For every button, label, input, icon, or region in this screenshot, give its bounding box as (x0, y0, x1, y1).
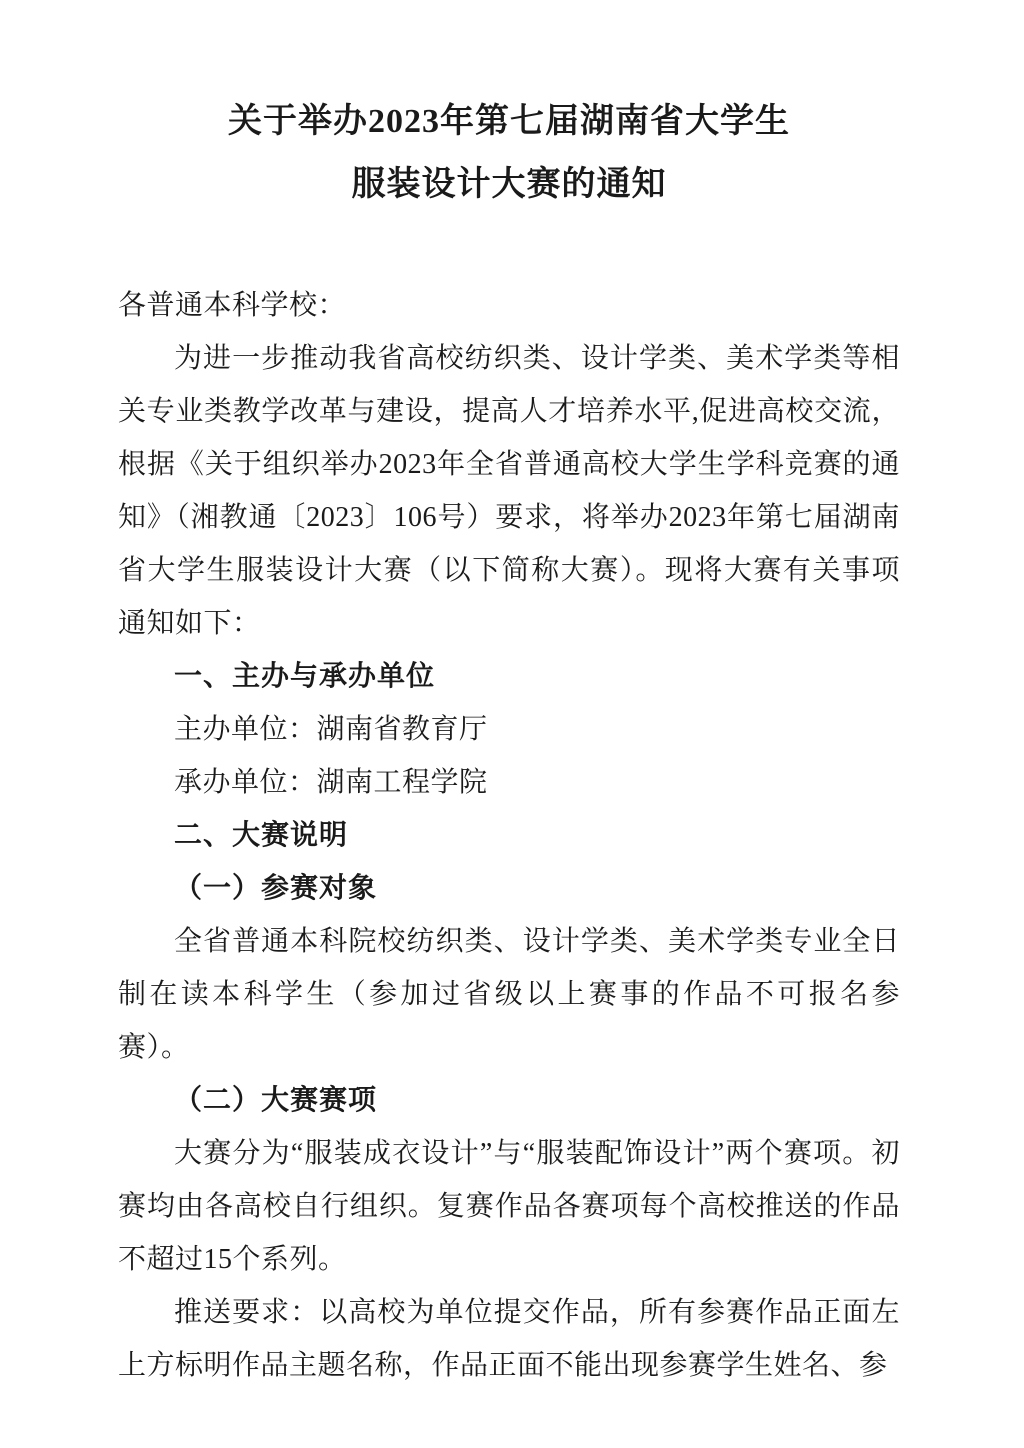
document-page: 关于举办2023年第七届湖南省大学生 服装设计大赛的通知 各普通本科学校： 为进… (0, 0, 1024, 1448)
undertaker-line: 承办单位：湖南工程学院 (118, 756, 900, 809)
salutation-line: 各普通本科学校： (118, 279, 900, 332)
document-title: 关于举办2023年第七届湖南省大学生 服装设计大赛的通知 (118, 90, 900, 216)
heading-section-1-organizers: 一、主办与承办单位 (118, 650, 900, 703)
document-body: 各普通本科学校： 为进一步推动我省高校纺织类、设计学类、美术学类等相关专业类教学… (118, 279, 900, 1392)
heading-section-2-1-eligibility: （一）参赛对象 (118, 862, 900, 915)
paragraph-submission-requirements: 推送要求：以高校为单位提交作品，所有参赛作品正面左上方标明作品主题名称，作品正面… (118, 1286, 900, 1392)
document-title-line-1: 关于举办2023年第七届湖南省大学生 (118, 90, 900, 153)
organizer-line: 主办单位：湖南省教育厅 (118, 703, 900, 756)
heading-section-2-description: 二、大赛说明 (118, 809, 900, 862)
paragraph-categories: 大赛分为“服装成衣设计”与“服装配饰设计”两个赛项。初赛均由各高校自行组织。复赛… (118, 1127, 900, 1286)
heading-section-2-2-categories: （二）大赛赛项 (118, 1074, 900, 1127)
paragraph-intro: 为进一步推动我省高校纺织类、设计学类、美术学类等相关专业类教学改革与建设，提高人… (118, 332, 900, 650)
paragraph-eligibility: 全省普通本科院校纺织类、设计学类、美术学类专业全日制在读本科学生（参加过省级以上… (118, 915, 900, 1074)
document-title-line-2: 服装设计大赛的通知 (118, 153, 900, 216)
